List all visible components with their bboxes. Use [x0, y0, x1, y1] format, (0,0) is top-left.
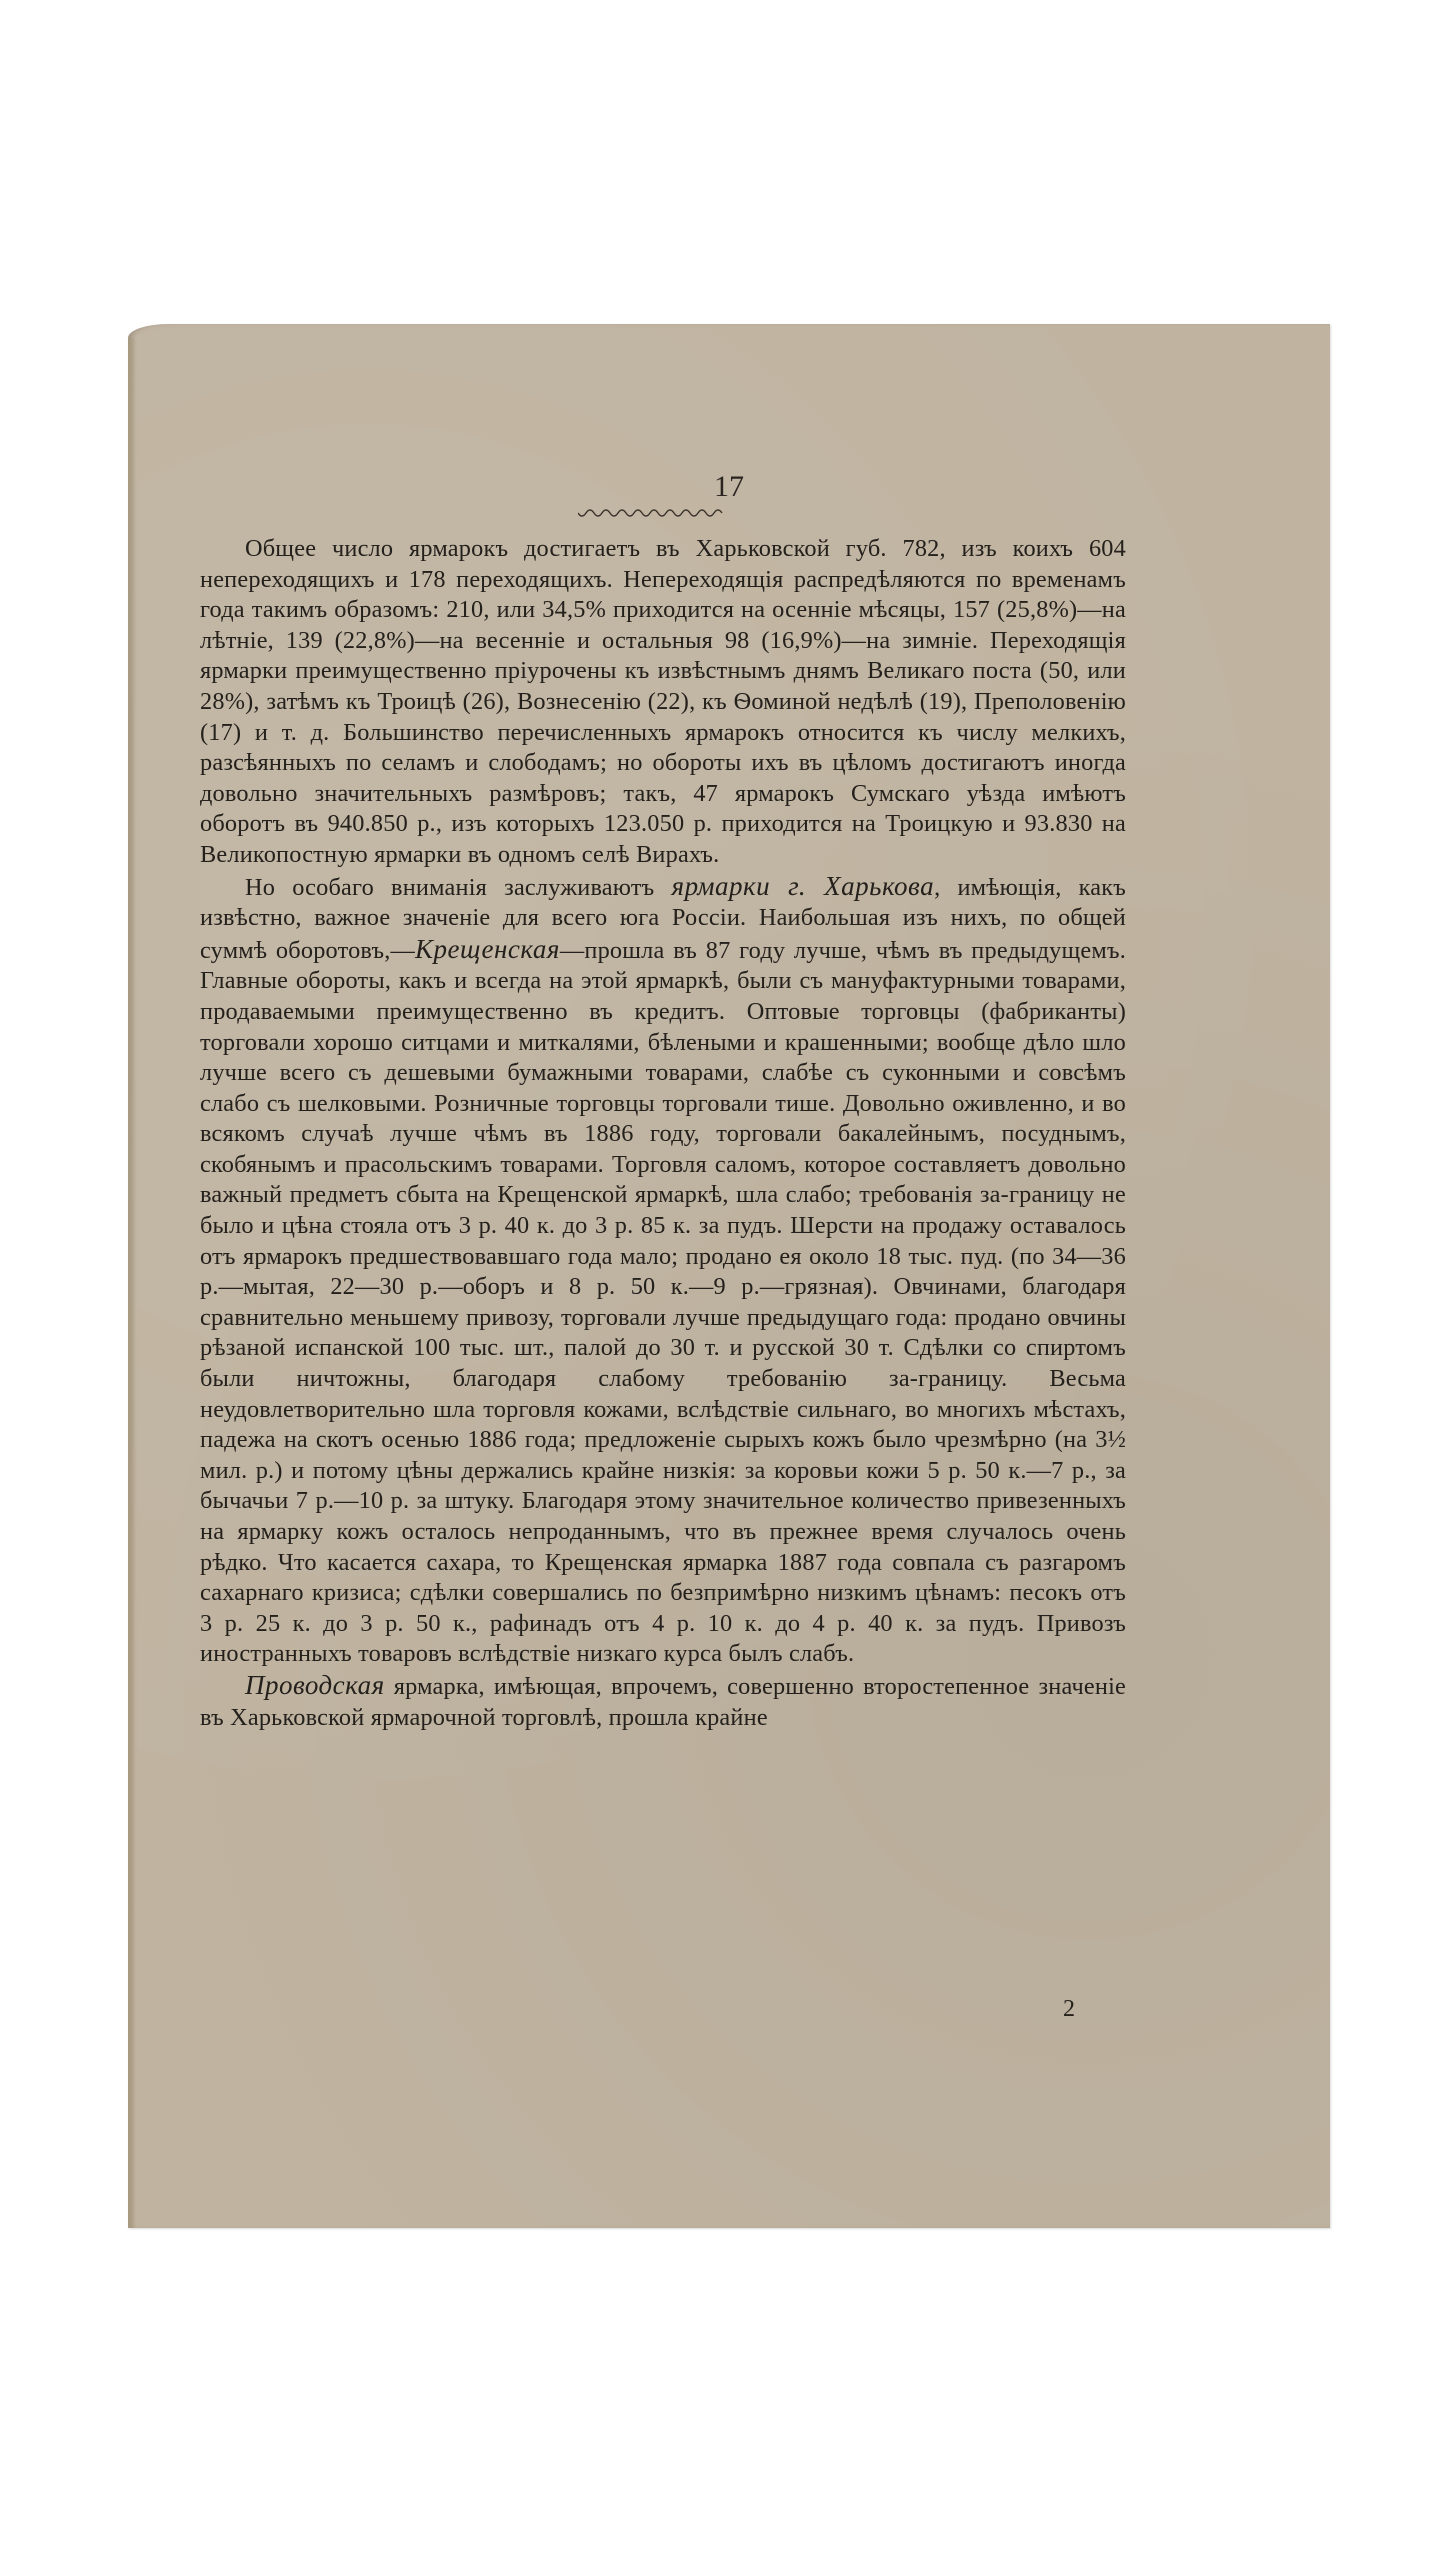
text-run: Общее число ярмарокъ достигаетъ въ Харьк…: [200, 535, 1126, 868]
book-page: 17 Общее число ярмарокъ достигаетъ въ Ха…: [128, 324, 1330, 2228]
signature-mark: 2: [1063, 1996, 1075, 2023]
text-run: Но особаго вниманія заслуживаютъ: [245, 874, 672, 901]
paragraph-kharkov-fairs: Но особаго вниманія заслуживаютъ ярмарки…: [200, 871, 1126, 1670]
italic-emphasis: Крещенская: [415, 934, 560, 964]
page-number: 17: [128, 470, 1330, 504]
italic-emphasis: ярмарки г. Харькова: [672, 871, 935, 901]
wavy-rule-ornament: [578, 509, 728, 519]
body-text: Общее число ярмарокъ достигаетъ въ Харьк…: [200, 534, 1126, 1733]
paragraph-provodskaya-fair: Проводская ярмарка, имѣющая, впрочемъ, с…: [200, 1670, 1126, 1733]
text-run: —прошла въ 87 году лучше, чѣмъ въ предыд…: [200, 937, 1126, 1668]
italic-emphasis: Проводская: [245, 1670, 385, 1700]
paragraph-fairs-statistics: Общее число ярмарокъ достигаетъ въ Харьк…: [200, 534, 1126, 871]
